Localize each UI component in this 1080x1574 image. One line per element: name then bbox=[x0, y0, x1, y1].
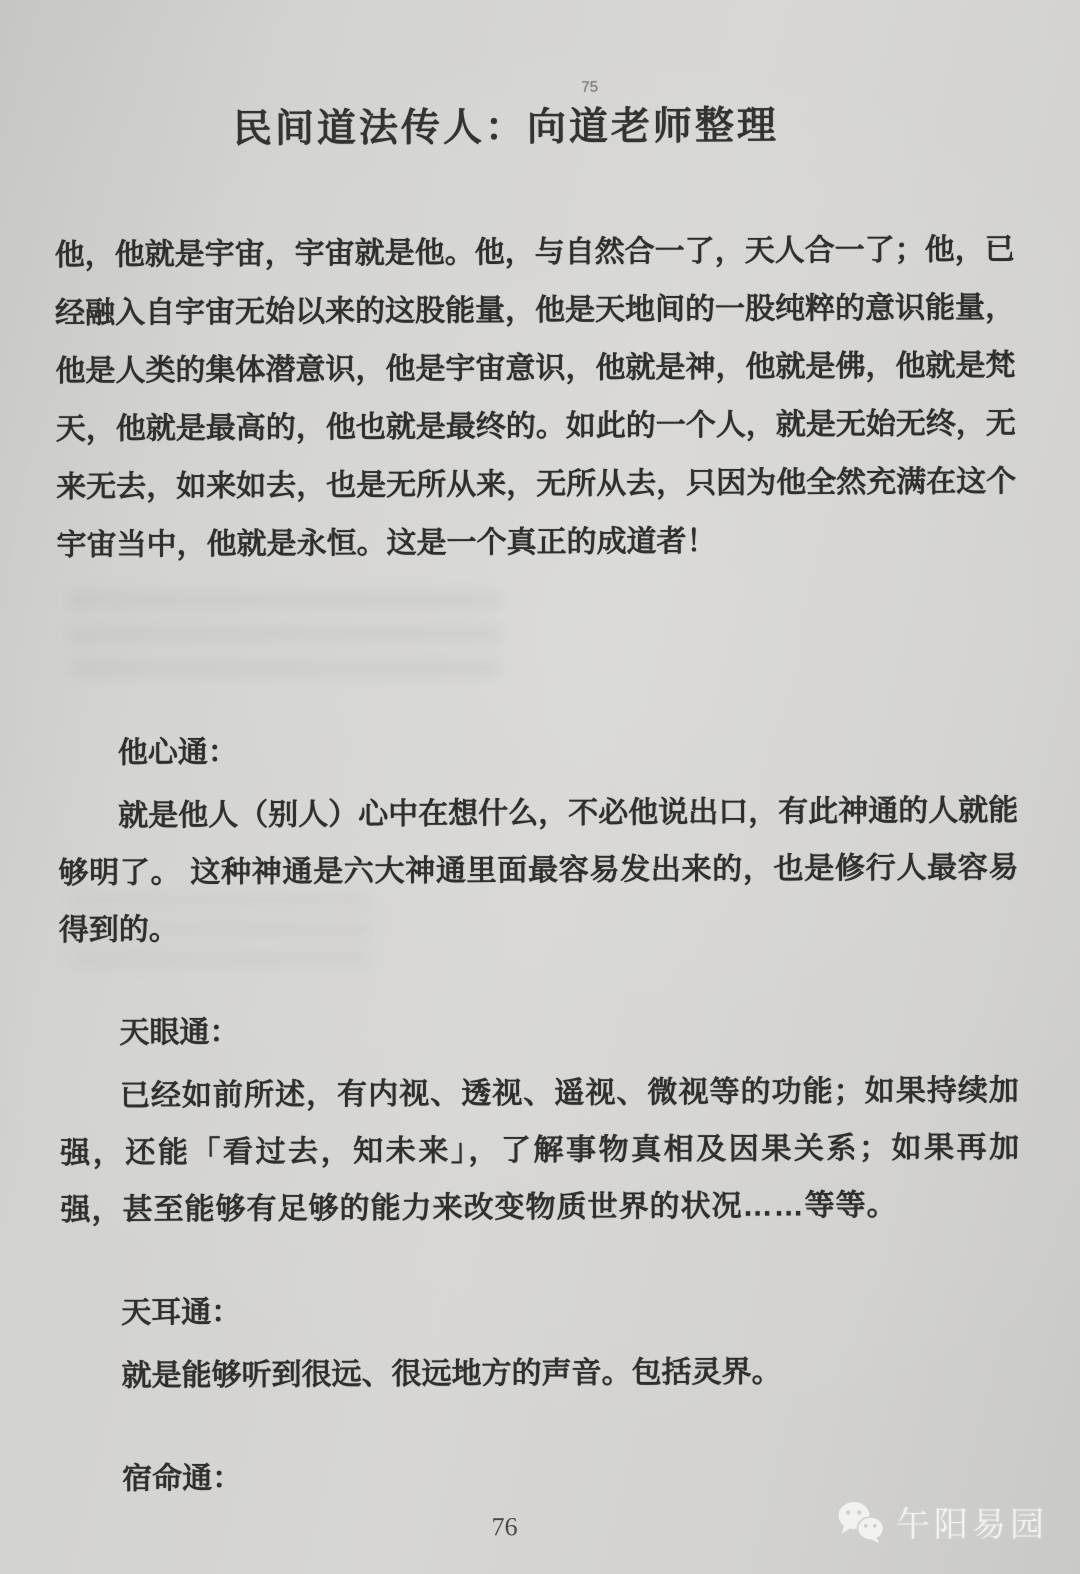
sections: 他心通： 就是他人（别人）心中在想什么，不必他说出口，有此神通的人就能够明了。 … bbox=[58, 719, 1023, 1508]
page-title-sup-base: 75道 bbox=[569, 96, 611, 152]
scan-content: 民间道法传人：向75道老师整理 他，他就是宇宙，宇宙就是他。他，与自然合一了，天… bbox=[0, 0, 1080, 1574]
section-body: 已经如前所述，有内视、透视、遥视、微视等的功能；如果持续加强，还能「看过去，知未… bbox=[60, 1062, 1021, 1239]
footnote-superscript: 75 bbox=[581, 79, 598, 96]
section-tianertong: 天耳通： 就是能够听到很远、很远地方的声音。包括灵界。 bbox=[61, 1279, 1022, 1405]
scanned-book-page: 民间道法传人：向75道老师整理 他，他就是宇宙，宇宙就是他。他，与自然合一了，天… bbox=[0, 0, 1080, 1574]
section-body: 就是他人（别人）心中在想什么，不必他说出口，有此神通的人就能够明了。 这种神通是… bbox=[58, 782, 1019, 959]
page-title-after: 老师整理 bbox=[611, 105, 779, 149]
wechat-icon bbox=[836, 1500, 886, 1544]
page-title-before: 民间道法传人：向 bbox=[233, 106, 569, 151]
section-tianyantong: 天眼通： 已经如前所述，有内视、透视、遥视、微视等的功能；如果持续加强，还能「看… bbox=[59, 999, 1020, 1239]
page-title: 民间道法传人：向75道老师整理 bbox=[56, 93, 956, 154]
section-heading: 天耳通： bbox=[61, 1279, 1021, 1342]
watermark: 午阳易园 bbox=[836, 1497, 1048, 1546]
section-body: 就是能够听到很远、很远地方的声音。包括灵界。 bbox=[61, 1342, 1021, 1405]
watermark-label: 午阳易园 bbox=[896, 1497, 1048, 1546]
section-taxintong: 他心通： 就是他人（别人）心中在想什么，不必他说出口，有此神通的人就能够明了。 … bbox=[58, 719, 1019, 959]
intro-paragraph: 他，他就是宇宙，宇宙就是他。他，与自然合一了，天人合一了；他，已经融入自宇宙无始… bbox=[55, 221, 1017, 575]
section-heading: 天眼通： bbox=[59, 999, 1019, 1062]
section-heading: 他心通： bbox=[58, 719, 1018, 782]
